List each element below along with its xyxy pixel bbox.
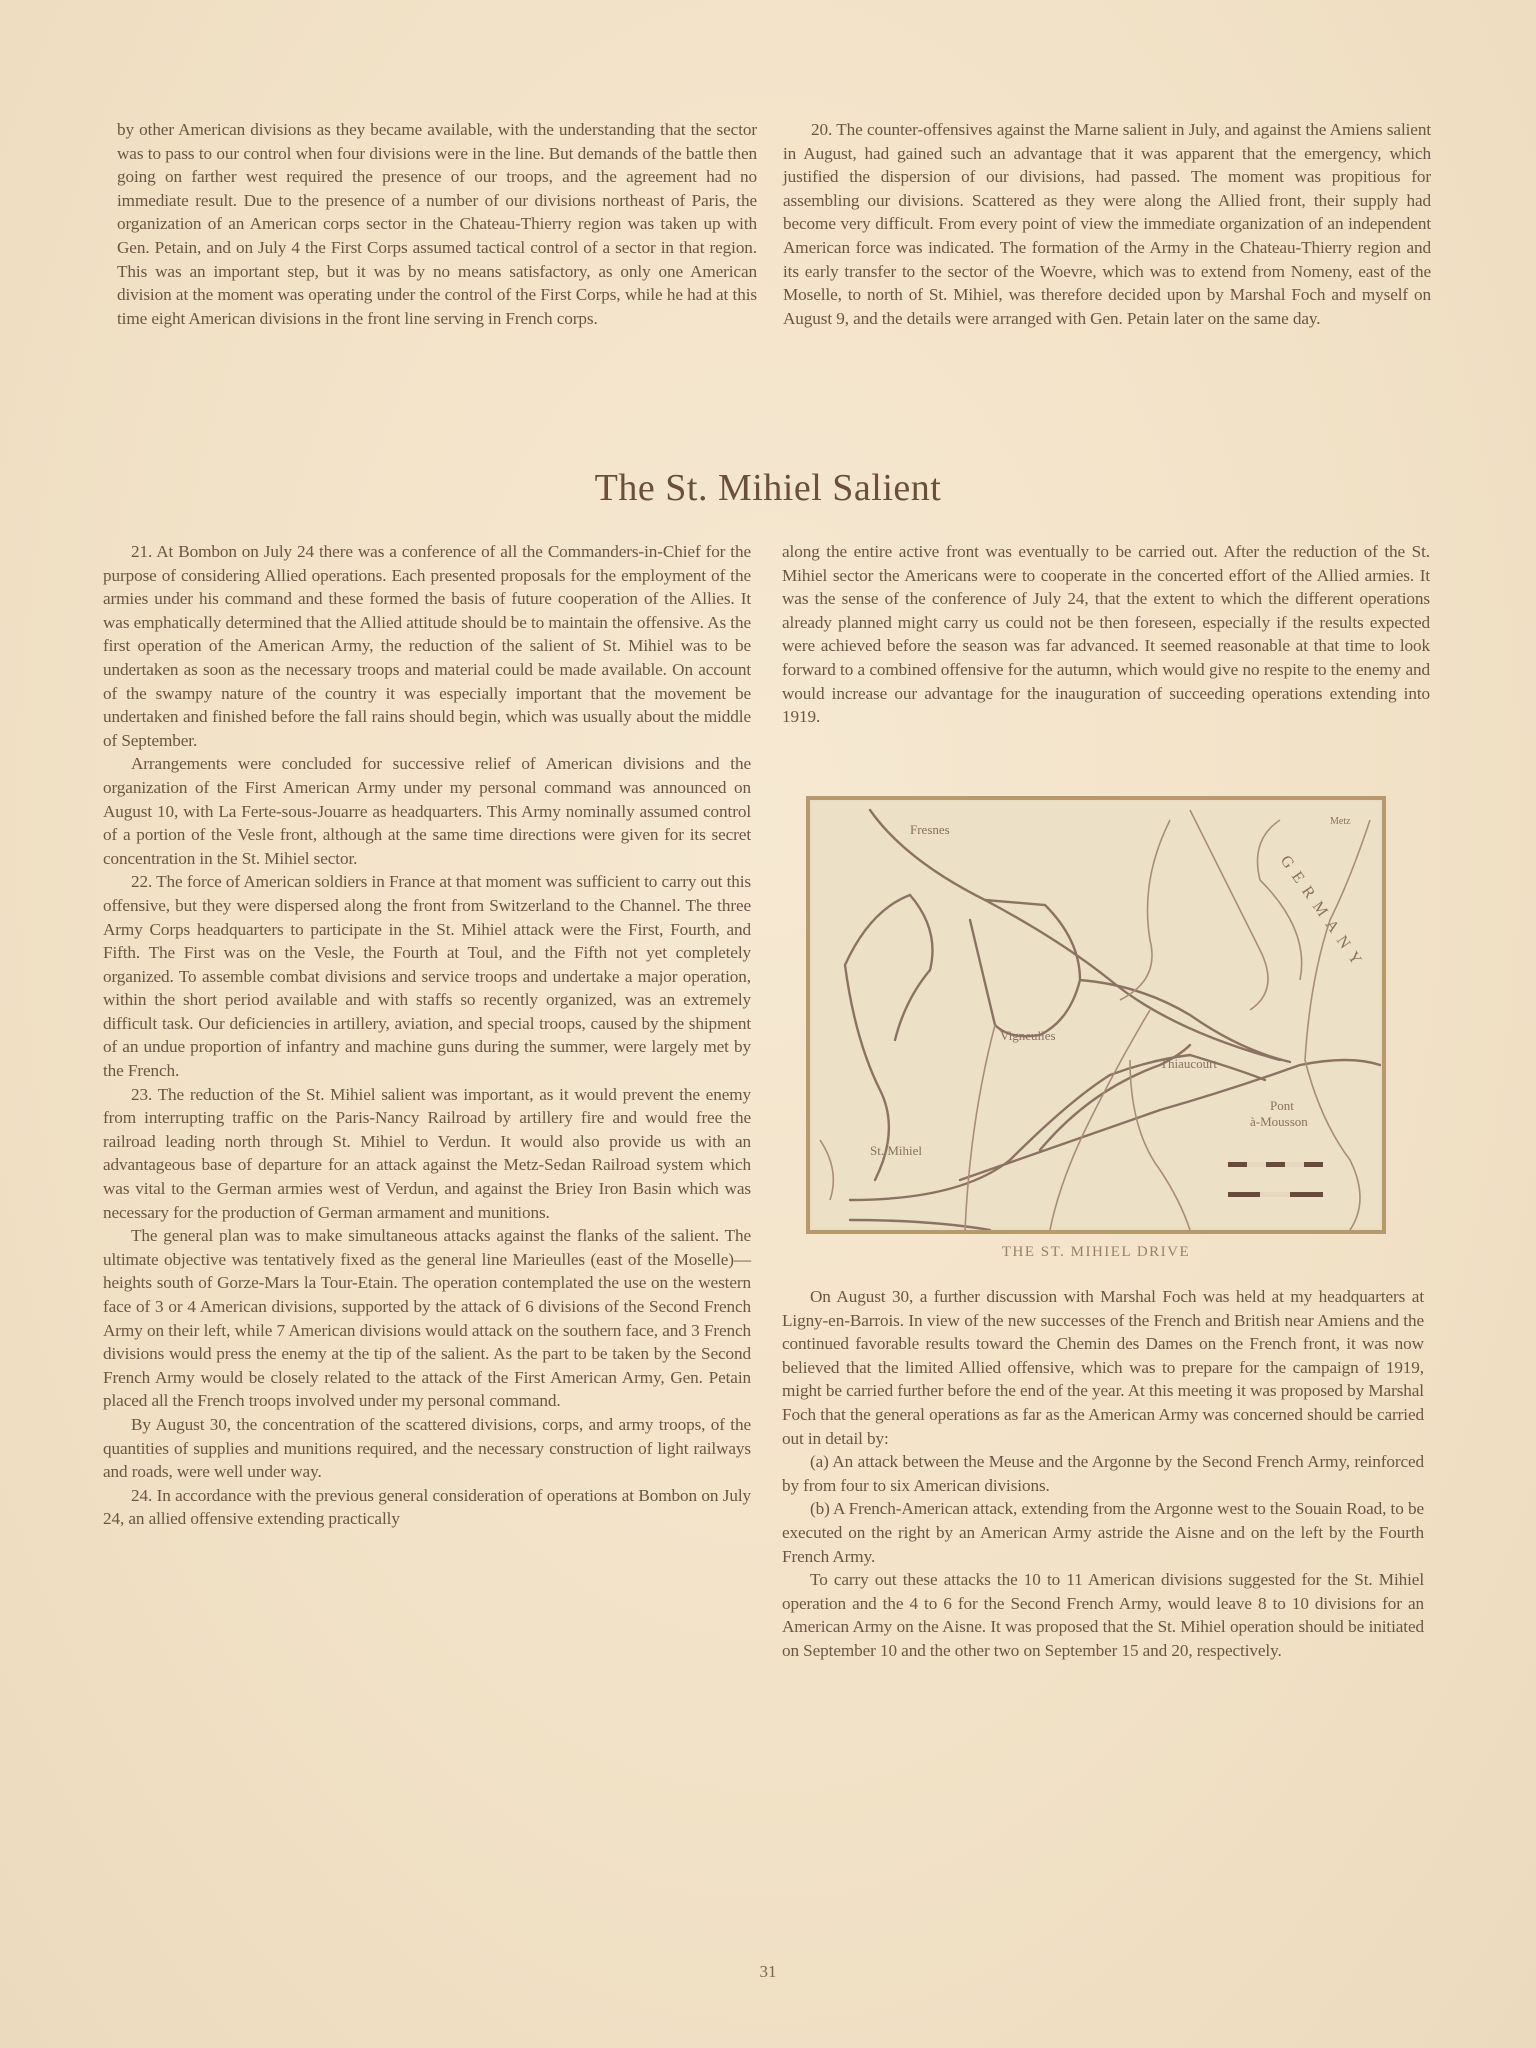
top-left-column: by other American divisions as they beca… xyxy=(117,118,757,330)
paragraph-22: 22. The force of American soldiers in Fr… xyxy=(103,870,751,1082)
right-column-upper: along the entire active front was eventu… xyxy=(782,540,1430,729)
right-column-lower: On August 30, a further discussion with … xyxy=(782,1285,1424,1663)
section-heading: The St. Mihiel Salient xyxy=(0,466,1536,510)
left-column: 21. At Bombon on July 24 there was a con… xyxy=(103,540,751,1531)
paragraph-item-a: (a) An attack between the Meuse and the … xyxy=(782,1450,1424,1497)
paragraph-continued: along the entire active front was eventu… xyxy=(782,540,1430,729)
paragraph: by other American divisions as they beca… xyxy=(117,118,757,330)
paragraph-24: 24. In accordance with the previous gene… xyxy=(103,1484,751,1531)
map-label-thiaucourt: Thiaucourt xyxy=(1160,1056,1217,1071)
book-page: by other American divisions as they beca… xyxy=(0,0,1536,2048)
map-label-metz: Metz xyxy=(1330,816,1351,827)
map-label-fresnes: Fresnes xyxy=(910,822,950,837)
paragraph-divisions: To carry out these attacks the 10 to 11 … xyxy=(782,1568,1424,1662)
page-number: 31 xyxy=(0,1962,1536,1982)
paragraph-general-plan: The general plan was to make simultaneou… xyxy=(103,1224,751,1413)
map-label-pont: Pont xyxy=(1270,1098,1294,1113)
map-illustration: Fresnes Vigneulles Thiaucourt St. Mihiel… xyxy=(810,800,1382,1230)
map-label-a-mousson: à-Mousson xyxy=(1250,1114,1308,1129)
paragraph-foch-discussion: On August 30, a further discussion with … xyxy=(782,1285,1424,1450)
map-caption: THE ST. MIHIEL DRIVE xyxy=(806,1244,1386,1261)
scale-bars xyxy=(1228,1162,1323,1197)
map-label-vigneulles: Vigneulles xyxy=(1000,1028,1056,1043)
map-label-germany: GERMANY xyxy=(1277,853,1369,975)
paragraph-21: 21. At Bombon on July 24 there was a con… xyxy=(103,540,751,752)
paragraph-august-30: By August 30, the concentration of the s… xyxy=(103,1413,751,1484)
paragraph-item-b: (b) A French-American attack, extending … xyxy=(782,1497,1424,1568)
paragraph-arrangements: Arrangements were concluded for successi… xyxy=(103,752,751,870)
paragraph-20: 20. The counter-offensives against the M… xyxy=(783,118,1431,330)
st-mihiel-map: Fresnes Vigneulles Thiaucourt St. Mihiel… xyxy=(806,796,1386,1234)
top-right-column: 20. The counter-offensives against the M… xyxy=(783,118,1431,330)
paragraph-23: 23. The reduction of the St. Mihiel sali… xyxy=(103,1083,751,1225)
map-label-st-mihiel: St. Mihiel xyxy=(870,1143,922,1158)
